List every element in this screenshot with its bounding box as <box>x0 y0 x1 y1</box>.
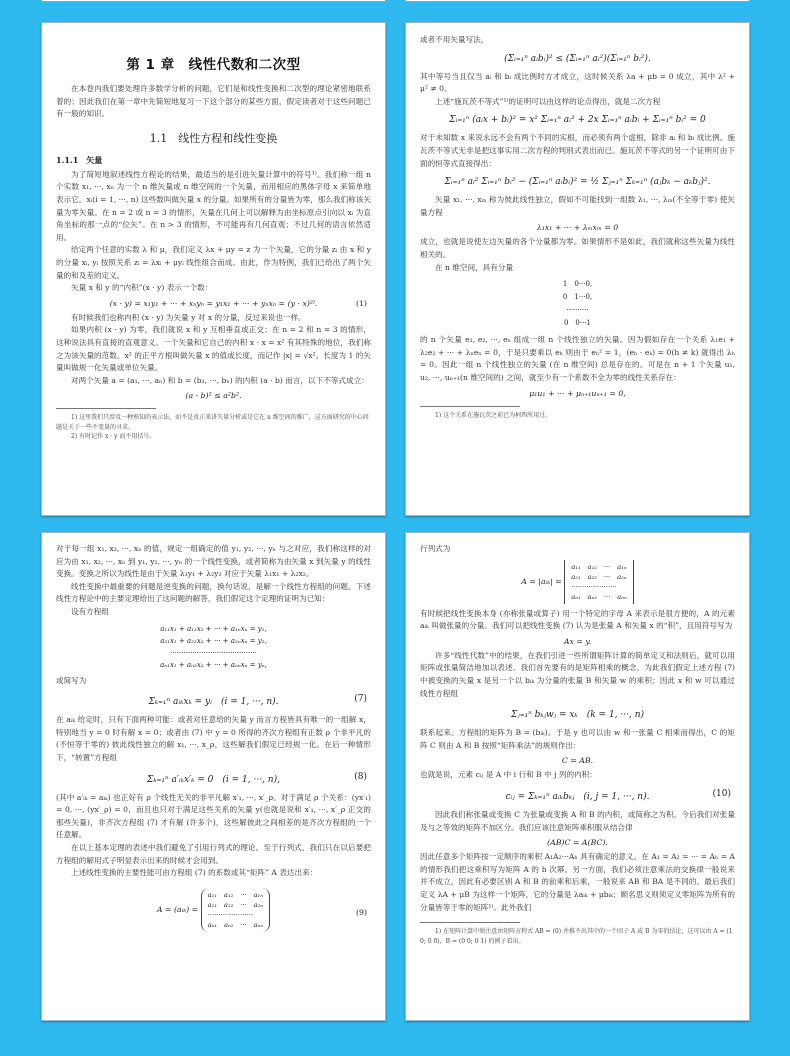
paragraph: 在以上基本定理的表述中我们避免了引用行列式的理论。至于行列式，我们只在以后要把方… <box>56 842 371 867</box>
equation-body: (x · y) = x₁y₁ + ··· + xₙyₙ = y₁x₁ + ···… <box>110 299 318 308</box>
chapter-intro: 在本卷内我们要处理许多数学分析的问题，它们是和线性变换和二次型的理论紧密地联系着… <box>56 83 371 121</box>
matrix-row: ····················· <box>571 582 627 592</box>
book-page-matrices: 行列式为 A = |aᵢₖ| = a₁₁ a₁₂ ··· a₁ₙ a₂₁ a₂₂… <box>405 532 750 1021</box>
paragraph: 或简写为 <box>56 675 371 688</box>
paragraph: 也就是说，元素 cᵢⱼ 是 A 中 i 行和 B 中 j 列的内积： <box>420 769 735 782</box>
footnote: 1) 这里我们只涉及一种熟知的表示法，而不是真正来讲矢量分析或是它在 n 维空间… <box>56 413 371 432</box>
schwarz-inequality: (a · b)² ≤ a²b². <box>56 391 371 400</box>
system-row: a₁₁x₁ + a₁₂x₂ + ··· + a₁ₙxₙ = y₁, <box>56 623 371 635</box>
system-row: ······································· <box>56 647 371 659</box>
paragraph: 联系起来。方程组的矩阵为 B = (bᵢₖ)。于是 y 也可以由 w 和一张量 … <box>420 727 735 752</box>
equation-number: (10) <box>713 789 731 799</box>
equation-8: Σₖ₌₁ⁿ a′ᵢₖx′ₖ = 0 (i = 1, ···, n), (8) <box>56 772 371 785</box>
paragraph: 的 n 个矢量 e₁, e₂, ···, eₙ 组成一组 n 个线性独立的矢量。… <box>420 334 735 384</box>
equation-9: A = (aᵢₖ) = a₁₁ a₁₂ ··· a₁ₙ a₂₁ a₂₂ ··· … <box>56 888 371 932</box>
paragraph: 上述线性变换的主要性能可由方程组 (7) 的系数或其“矩阵” A 表达出来： <box>56 867 371 880</box>
subsection-title: 1.1.1 矢量 <box>56 155 371 166</box>
paragraph: 线性变换中最重要的问题是逆变换的问题，换句话说，是解一个线性方程组的问题。下述线… <box>56 581 371 606</box>
paragraph: 因此我们称张量或变换 C 为张量或变换 A 和 B 的内积，或简称之为积。今后我… <box>420 809 735 834</box>
paragraph: 或者不用矢量写法， <box>420 34 735 47</box>
matrix-a: a₁₁ a₁₂ ··· a₁ₙ a₂₁ a₂₂ ··· a₂ₙ ········… <box>201 888 271 932</box>
vector-row: 1 0···0, <box>420 278 735 291</box>
footnote: 1) 在矩阵计算中须注意由矩阵方程式 AB = (0) 并推不出其中的一个因子 … <box>420 927 735 946</box>
paragraph: 给定两个任意的实数 λ 和 μ，我们定义 λx + μy = z 为一个矢量，它… <box>56 244 371 282</box>
matrix-row: a₂₁ a₂₂ ··· a₂ₙ <box>571 572 627 582</box>
paragraph: 矢量 x₁, ···, xₘ 称为彼此线性独立，假如不可能找到一组数 λ₁, ·… <box>420 194 735 219</box>
system-row: a₂₁x₁ + a₂₂x₂ + ··· + a₂ₙxₙ = y₂, <box>56 635 371 647</box>
equation-10: cᵢⱼ = Σₖ₌₁ⁿ aᵢₖbₖⱼ (i, j = 1, ···, n). (… <box>420 789 735 802</box>
vector-row: 0 0···1 <box>420 317 735 330</box>
matrix-row: aₙ₁ aₙ₂ ··· aₙₙ <box>208 920 264 930</box>
footnote-divider <box>420 406 520 407</box>
paragraph: 有时候我们也称内积 (x · y) 为矢量 y 对 x 的分量，反过来说也一样。 <box>56 312 371 325</box>
paragraph: 在 n 维空间，具有分量 <box>420 262 735 275</box>
matrix-row: ····················· <box>208 910 264 920</box>
equation-system: a₁₁x₁ + a₁₂x₂ + ··· + a₁ₙxₙ = y₁, a₂₁x₁ … <box>56 623 371 671</box>
equation-7: Σₖ₌₁ⁿ aᵢₖxₖ = yᵢ (i = 1, ···, n). (7) <box>56 694 371 707</box>
determinant-equation: A = |aᵢₖ| = a₁₁ a₁₂ ··· a₁ₙ a₂₁ a₂₂ ··· … <box>420 560 735 604</box>
previous-page-edge-left <box>41 0 386 2</box>
equation: (AB)C = A(BC). <box>420 838 735 847</box>
footnote-divider <box>56 408 156 409</box>
equation-body: Σₖ₌₁ⁿ a′ᵢₖx′ₖ = 0 (i = 1, ···, n), <box>147 775 280 785</box>
paragraph: 如果内积 (x · y) 为零，我们就说 x 和 y 互相垂直或正交；在 n =… <box>56 324 371 374</box>
equation: μ₁u₁ + ··· + μₙ₊₁uₙ₊₁ = 0, <box>420 389 735 398</box>
paragraph: 对于每一组 x₁, x₂, ···, xₙ 的值，规定一组确定的值 y₁, y₂… <box>56 543 371 581</box>
previous-page-edge-right <box>405 0 750 2</box>
system-row: aₙ₁x₁ + aₙ₂x₂ + ··· + aₙₙxₙ = yₙ, <box>56 659 371 671</box>
paragraph: 为了简短地叙述线性方程论的结果，最适当的是引进矢量计算中的符号¹⁾。我们称一组 … <box>56 169 371 245</box>
equation-number: (1) <box>356 299 367 308</box>
matrix-row: a₁₁ a₁₂ ··· a₁ₙ <box>571 562 627 572</box>
equation-number: (7) <box>354 694 367 704</box>
vector-row: 0 1···0, <box>420 291 735 304</box>
book-page-chapter-1-start: 第 1 章 线性代数和二次型 在本卷内我们要处理许多数学分析的问题，它们是和线性… <box>41 22 386 516</box>
equation: (Σᵢ₌₁ⁿ aᵢbᵢ)² ≤ (Σᵢ₌₁ⁿ aᵢ²)(Σᵢ₌₁ⁿ bᵢ²). <box>420 54 735 64</box>
chapter-title: 第 1 章 线性代数和二次型 <box>56 53 371 73</box>
footnote-divider <box>420 922 520 923</box>
equation: Σᵢ₌₁ⁿ aᵢ² Σᵢ₌₁ⁿ bᵢ² − (Σᵢ₌₁ⁿ aᵢbᵢ)² = ½ … <box>420 177 735 187</box>
section-title: 1.1 线性方程和线性变换 <box>56 130 371 146</box>
paragraph: 有时候把线性变换本身 (亦称张量或算子) 用一个特定的字母 A 来表示是很方便的… <box>420 608 735 633</box>
equation: Σᵢ₌₁ⁿ (aᵢx + bᵢ)² = x² Σᵢ₌₁ⁿ aᵢ² + 2x Σᵢ… <box>420 115 735 125</box>
unit-vectors: 1 0···0, 0 1···0, ·········· 0 0···1 <box>420 278 735 330</box>
book-page-schwarz: 或者不用矢量写法， (Σᵢ₌₁ⁿ aᵢbᵢ)² ≤ (Σᵢ₌₁ⁿ aᵢ²)(Σᵢ… <box>405 22 750 516</box>
determinant-matrix: a₁₁ a₁₂ ··· a₁ₙ a₂₁ a₂₂ ··· a₂ₙ ········… <box>564 560 634 604</box>
equation: C = AB. <box>420 756 735 765</box>
paragraph: 矢量 x 和 y 的“内积”(x · y) 表示一个数： <box>56 282 371 295</box>
paragraph: 设有方程组 <box>56 606 371 619</box>
matrix-row: aₙ₁ aₙ₂ ··· aₙₙ <box>571 592 627 602</box>
paragraph: (其中 a′ᵢₖ = aₖᵢ) 也正好有 ρ 个线性无关的非平凡解 x′₁, ·… <box>56 792 371 842</box>
equation: Ax = y. <box>420 637 735 646</box>
equation-number: (8) <box>354 772 367 782</box>
equation: Σⱼ₌₁ⁿ bₖⱼwⱼ = xₖ (k = 1, ···, n) <box>420 707 735 720</box>
paragraph: 上述“施瓦茨不等式”¹⁾的证明可以由这样的论点得出，就是二次方程 <box>420 96 735 109</box>
paragraph: 其中等号当且仅当 aᵢ 和 bᵢ 成比例时方才成立，这时候关系 λa + μb … <box>420 71 735 96</box>
equation-body: Σₖ₌₁ⁿ aᵢₖxₖ = yᵢ (i = 1, ···, n). <box>148 697 278 707</box>
equation: λ₁x₁ + ··· + λₘxₘ = 0 <box>420 223 735 232</box>
book-page-linear-systems: 对于每一组 x₁, x₂, ···, xₙ 的值，规定一组确定的值 y₁, y₂… <box>41 532 386 1021</box>
paragraph: 行列式为 <box>420 543 735 556</box>
equation-1: (x · y) = x₁y₁ + ··· + xₙyₙ = y₁x₁ + ···… <box>56 299 371 308</box>
matrix-row: a₂₁ a₂₂ ··· a₂ₙ <box>208 900 264 910</box>
determinant-label: A = |aᵢₖ| = <box>521 577 561 586</box>
equation-number: (9) <box>356 908 367 917</box>
vector-row: ·········· <box>420 304 735 317</box>
paragraph: 因此任意多个矩阵按一定顺序的乘积 A₁A₂···Aₕ 具有确定的意义。在 A₁ … <box>420 851 735 914</box>
paragraph: 在 aᵢₖ 给定时，只有下面两种可能：或者对任意给的矢量 y 而言方程皆具有唯一… <box>56 714 371 764</box>
paragraph: 成立，也就是说使左边矢量的各个分量都为零。如果情形不是如此，我们就称这些矢量为线… <box>420 236 735 261</box>
footnote: 1) 这个关系在施瓦茨之前已为柯西所用过。 <box>420 411 735 421</box>
equation-body: cᵢⱼ = Σₖ₌₁ⁿ aᵢₖbₖⱼ (i, j = 1, ···, n). <box>506 792 650 802</box>
paragraph: 许多“线性代数”中的结果，在我们引进一些所谓矩阵计算的简单定义和法则后，就可以用… <box>420 650 735 700</box>
paragraph: 对于未知数 x 来说永远不会有两个不同的实根，而必须有两个虚根，除非 aᵢ 和 … <box>420 132 735 170</box>
matrix-row: a₁₁ a₁₂ ··· a₁ₙ <box>208 890 264 900</box>
paragraph: 对两个矢量 a = (a₁, ···, aₙ) 和 b = (b₁, ···, … <box>56 375 371 388</box>
matrix-label: A = (aᵢₖ) = <box>157 905 198 914</box>
footnote: 2) 有时记作 x · y 而不用括号。 <box>56 432 371 442</box>
